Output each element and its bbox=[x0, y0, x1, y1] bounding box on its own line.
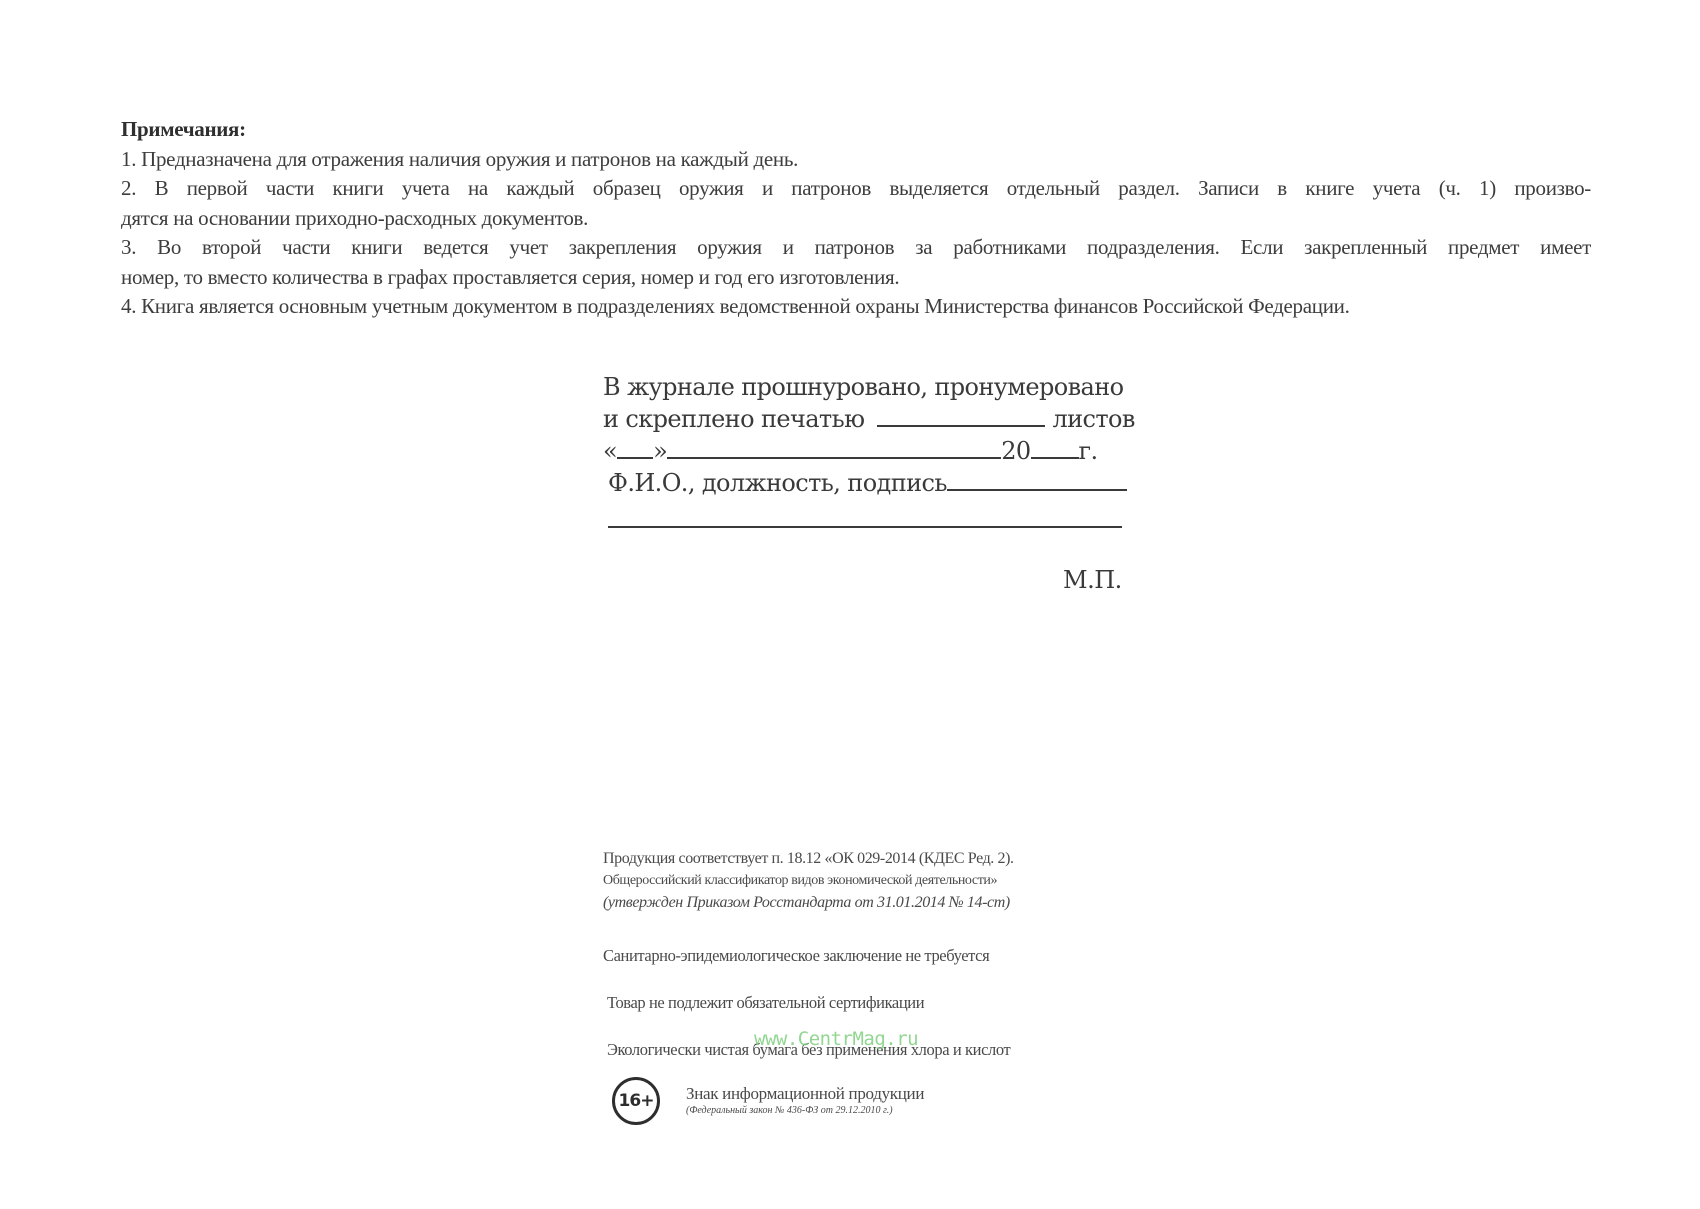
signer-continuation-field[interactable] bbox=[608, 526, 1122, 528]
binding-certification-block: В журнале прошнуровано, пронумеровано и … bbox=[603, 371, 1123, 499]
age-rating-value: 16+ bbox=[619, 1091, 654, 1111]
sheets-label: листов bbox=[1052, 405, 1134, 433]
conformity-line-2: Общероссийский классификатор видов эконо… bbox=[603, 870, 1163, 892]
sanitary-note: Санитарно-эпидемиологическое заключение … bbox=[603, 946, 989, 966]
note-item-1: 1. Предназначена для отражения наличия о… bbox=[121, 145, 1591, 175]
signer-field[interactable] bbox=[947, 467, 1127, 491]
binding-line-2: и скреплено печатью листов bbox=[603, 403, 1123, 435]
quote-open: « bbox=[603, 437, 617, 465]
stamp-place-label: М.П. bbox=[1063, 566, 1122, 594]
note-item-3: 3. Во второй части книги ведется учет за… bbox=[121, 233, 1591, 263]
binding-line-1: В журнале прошнуровано, пронумеровано bbox=[603, 371, 1123, 403]
sheet-count-field[interactable] bbox=[877, 403, 1045, 427]
certification-note: Товар не подлежит обязательной сертифика… bbox=[607, 993, 924, 1013]
notes-section: Примечания: 1. Предназначена для отражен… bbox=[121, 115, 1591, 322]
year-prefix: 20 bbox=[1001, 437, 1030, 465]
note-item-2-cont: дятся на основании приходно-расходных до… bbox=[121, 204, 1591, 234]
year-suffix: г. bbox=[1079, 437, 1098, 465]
month-field[interactable] bbox=[667, 435, 1001, 459]
year-field[interactable] bbox=[1031, 435, 1079, 459]
watermark: www.CentrMag.ru bbox=[754, 1028, 918, 1050]
quote-close: » bbox=[653, 437, 667, 465]
conformity-line-1: Продукция соответствует п. 18.12 «ОК 029… bbox=[603, 848, 1163, 870]
note-item-4: 4. Книга является основным учетным докум… bbox=[121, 292, 1591, 322]
product-conformity: Продукция соответствует п. 18.12 «ОК 029… bbox=[603, 848, 1163, 914]
signer-label: Ф.И.О., должность, подпись bbox=[608, 469, 947, 497]
signer-line: Ф.И.О., должность, подпись bbox=[603, 467, 1123, 499]
age-rating-info: Знак информационной продукции (Федеральн… bbox=[686, 1084, 924, 1116]
conformity-line-3: (утвержден Приказом Росстандарта от 31.0… bbox=[603, 892, 1163, 914]
sealed-label: и скреплено печатью bbox=[603, 405, 864, 433]
day-field[interactable] bbox=[617, 435, 653, 459]
age-rating-label: Знак информационной продукции bbox=[686, 1084, 924, 1104]
notes-title: Примечания: bbox=[121, 115, 1591, 145]
note-item-2: 2. В первой части книги учета на каждый … bbox=[121, 174, 1591, 204]
age-rating-16-plus-icon: 16+ bbox=[612, 1077, 660, 1125]
date-line: «»20г. bbox=[603, 435, 1123, 467]
note-item-3-cont: номер, то вместо количества в графах про… bbox=[121, 263, 1591, 293]
age-rating-law: (Федеральный закон № 436-ФЗ от 29.12.201… bbox=[686, 1105, 924, 1116]
